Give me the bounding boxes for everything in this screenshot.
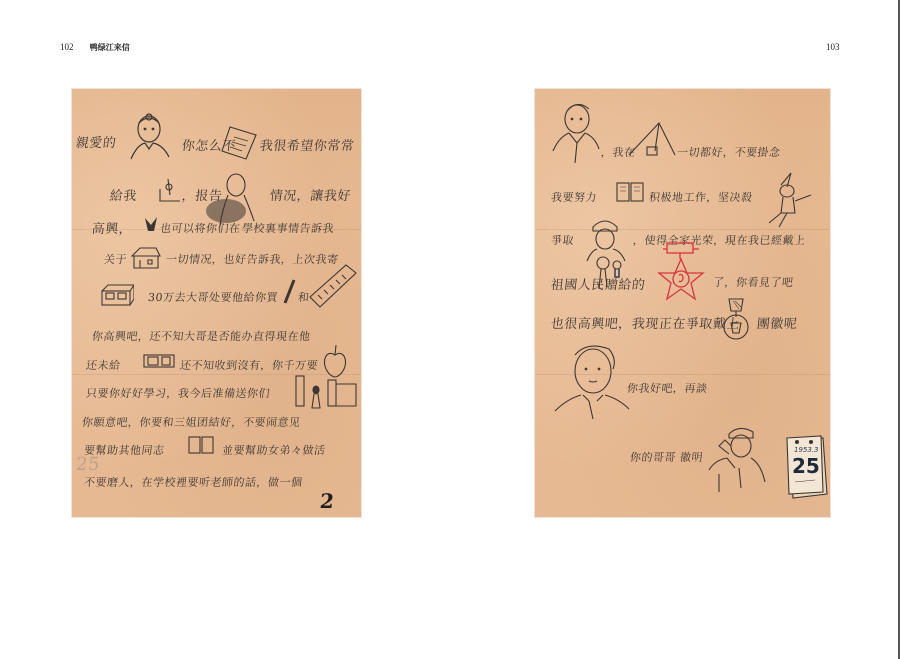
handwriting-line: 你願意吧，你要和三姐团結好，不要闹意见 [81, 414, 301, 430]
handwriting-line: 我要努力 [550, 189, 598, 205]
bird-icon [144, 216, 158, 232]
handwriting-line: 还不知收到沒有，你千万要 [179, 357, 319, 373]
pen-writing-icon [158, 177, 182, 203]
girl-reading-icon [202, 171, 262, 227]
handwriting-line: 一切都好，不要掛念 [676, 144, 781, 160]
running-title: 鸭绿江来信 [90, 43, 130, 52]
open-book-icon [187, 435, 215, 455]
handwriting-line: 親愛的 [75, 132, 118, 151]
letter-envelope-icon [220, 125, 258, 161]
letter-page-right: ，我在 一切都好，不要掛念 我要努力 积极地工作，坚决殺 爭取 ，使得全家光荣，… [535, 89, 830, 517]
handwriting-line: 积极地工作，坚决殺 [648, 189, 753, 205]
red-star-medal-icon [653, 241, 709, 307]
handwriting-line: 給我 [109, 185, 138, 204]
handwriting-line: 你我好吧，再談 [626, 380, 708, 396]
handwriting-line: 只要你好好學习，我今后准備送你们 [85, 385, 271, 401]
page-mark: 2 [319, 489, 336, 513]
ruler-icon [308, 261, 358, 311]
handwriting-line: 高興， [91, 218, 134, 237]
handwriting-line: 團徽呢 [756, 313, 799, 332]
handwriting-line: 30万去大哥处要他給你買 [147, 289, 279, 305]
house-icon [130, 244, 162, 270]
handwriting-line: 还未給 [85, 357, 121, 373]
handwriting-line: 也很高興吧，我现正在爭取戴上 [550, 313, 741, 332]
left-page-header: 102 鸭绿江来信 [60, 42, 130, 53]
handwriting-line: 也可以将你们在 [159, 220, 241, 236]
letter-page-left: 親愛的 你怎么不 我很希望你常常 給我 ，报告 情况，讓我好 高興， 也可以将你… [72, 89, 361, 517]
handwriting-line: 我很希望你常常 [259, 135, 356, 154]
calendar-date: 1953.3 [794, 446, 819, 454]
saluting-soldier-icon [705, 424, 769, 494]
school-building-icon [294, 372, 358, 414]
open-book-icon [615, 181, 645, 203]
handwriting-line: 你高興吧，还不知大哥是否能办直得現在他 [91, 328, 311, 344]
handwriting-line: 不要磨人，在学校裡要听老師的話，做一個 [83, 474, 303, 490]
pencil-icon [282, 279, 296, 305]
left-page-number: 102 [60, 42, 74, 52]
handwriting-line: 學校裏事情告訴我 [241, 220, 335, 236]
right-page-header: 103 [826, 42, 840, 52]
tent-camp-icon [627, 121, 677, 161]
calendar-day: 25 [792, 454, 820, 478]
girl-portrait-icon [127, 111, 173, 161]
handwriting-line: 並要幫助女弟々做活 [221, 442, 326, 458]
faded-stamp-number: 25 [75, 454, 101, 475]
calendar-icon[interactable]: 1953.3 25 [785, 434, 829, 500]
money-bundle-icon [100, 283, 134, 307]
book-parcel-icon [142, 351, 176, 371]
handwriting-line: 了，你看見了吧 [712, 274, 794, 290]
right-page-number: 103 [826, 42, 840, 52]
young-pioneer-portrait-icon [551, 97, 601, 167]
leader-portrait-icon [553, 339, 633, 419]
cartoon-figure-icon [765, 171, 815, 229]
handwriting-line: 关于 [103, 251, 128, 267]
handwriting-line: 祖國人民贈給的 [550, 274, 647, 293]
youth-league-badge-icon [721, 297, 751, 341]
handwriting-line: 情况，讓我好 [269, 185, 352, 204]
handwriting-line: 爭取 [550, 232, 575, 248]
handwriting-line: 你的哥哥 徽明 [629, 449, 704, 465]
paper-fold [535, 229, 830, 230]
